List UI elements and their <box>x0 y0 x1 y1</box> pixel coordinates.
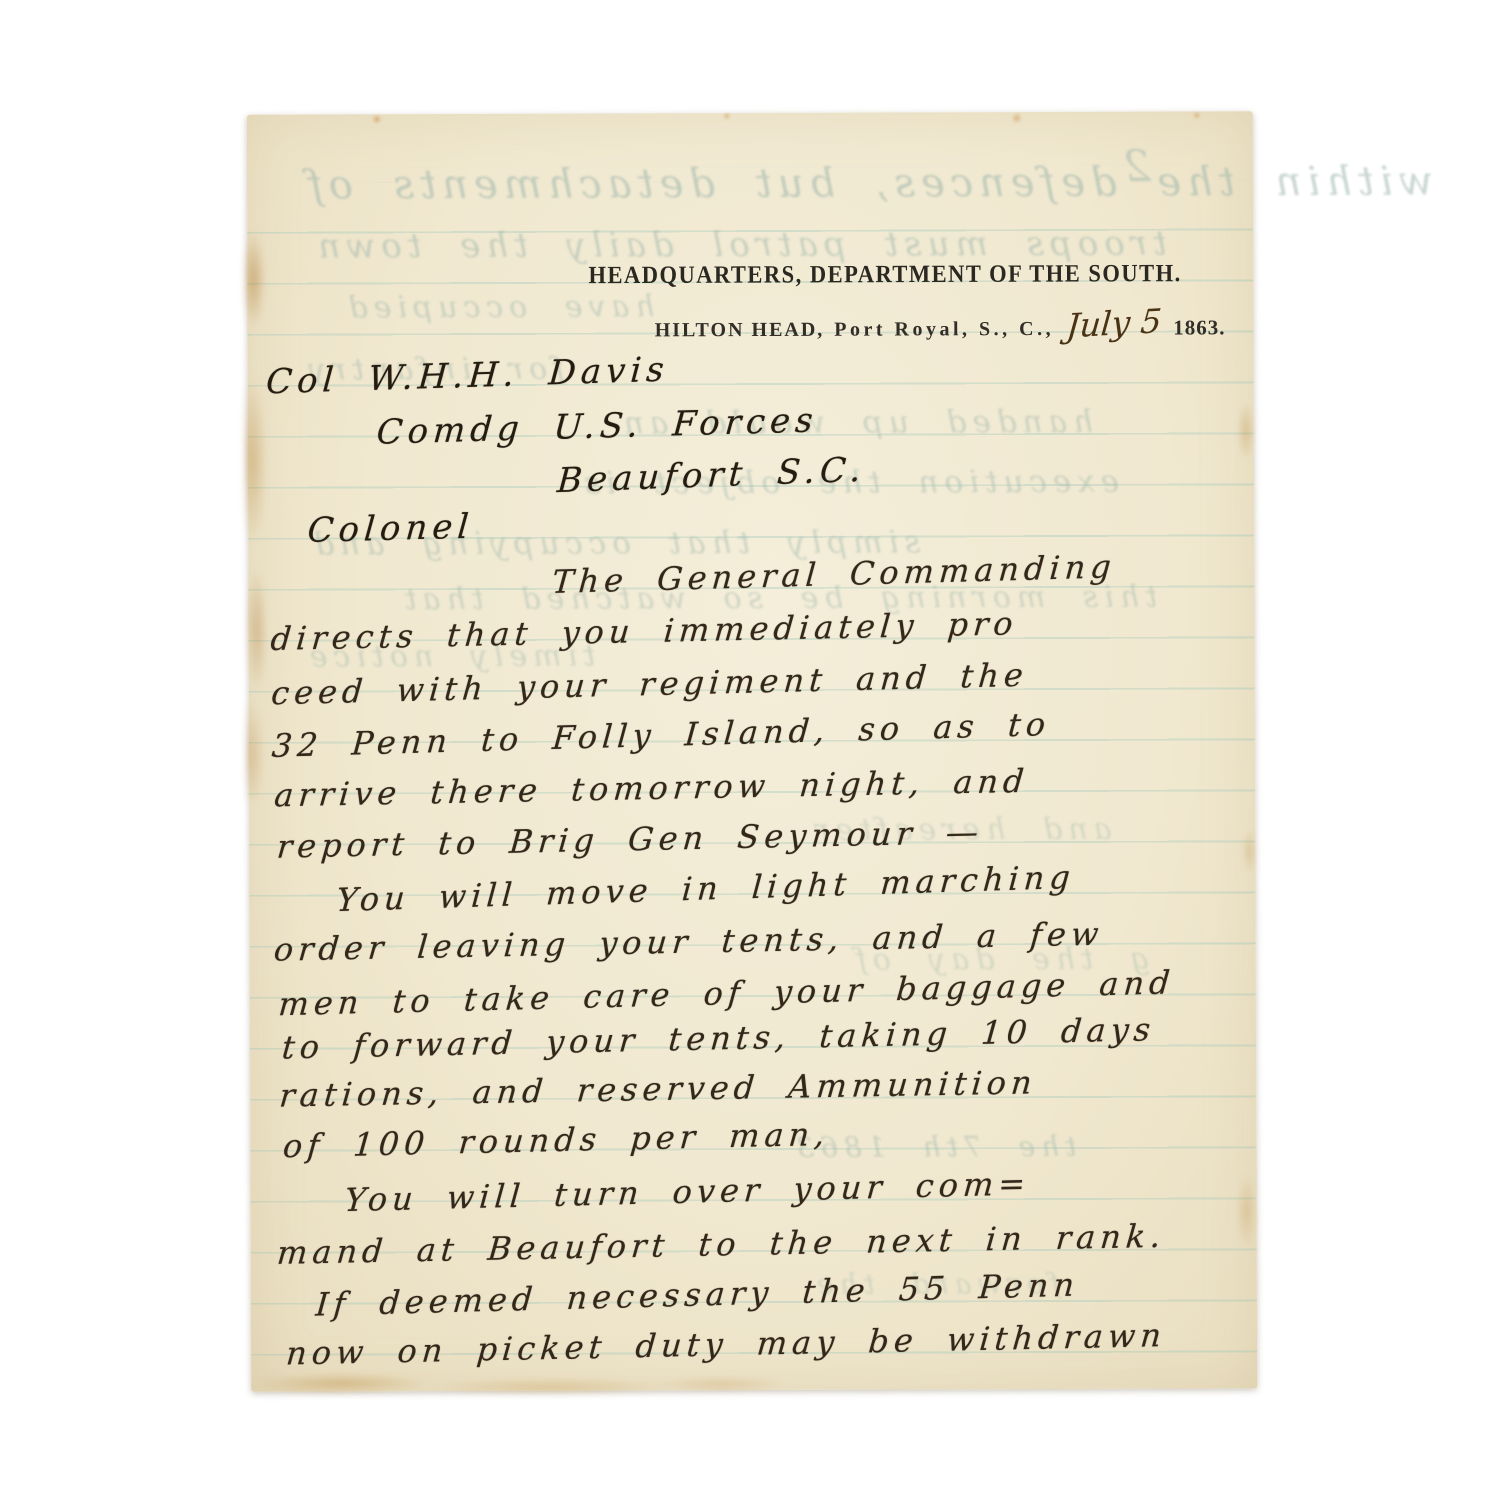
bleedthrough-line: within the defences, but detachments of <box>302 159 1433 209</box>
handwritten-date: July 5 <box>1065 301 1163 346</box>
handwriting-line: order leaving your tents, and a few <box>272 915 1105 969</box>
letterhead-title: HEADQUARTERS, DEPARTMENT OF THE SOUTH. <box>588 259 1181 289</box>
letterhead-dateline: HILTON HEAD, Port Royal, S., C., July 5 … <box>655 303 1226 344</box>
recipient-line: Col W.H.H. Davis <box>265 350 671 403</box>
bleedthrough-line: timely notice <box>304 639 596 675</box>
letter-page: within the defences, but detachments oft… <box>247 111 1257 1392</box>
photo-backdrop: within the defences, but detachments oft… <box>0 0 1500 1500</box>
handwriting-line: of 100 rounds per man, <box>282 1115 831 1165</box>
stain-left-edge <box>243 200 285 800</box>
handwriting-line: The General Commanding <box>551 547 1118 601</box>
stain-bottom-edge <box>251 1356 791 1398</box>
handwriting-line: directs that you immediately pro <box>269 604 1019 658</box>
stain-right-edge <box>1232 371 1261 1271</box>
bleedthrough-line: this morning be so watched that <box>398 580 1157 618</box>
handwriting-line: to forward your tents, taking 10 days <box>280 1010 1156 1066</box>
bleedthrough-line: simply that occupying and <box>308 524 920 562</box>
bleedthrough-line: forward the <box>811 1267 1060 1301</box>
handwriting-line: 32 Penn to Folly Island, so as to <box>271 705 1052 765</box>
bleedthrough-line: handed up would an <box>618 404 1093 442</box>
handwriting-line: men to take care of your baggage and <box>277 963 1176 1023</box>
recipient-line: Beaufort S.C. <box>556 450 867 501</box>
handwriting-line: If deemed necessary the 55 Penn <box>314 1266 1080 1324</box>
bleedthrough-line: and hereafter <box>809 812 1111 848</box>
bleedthrough-line: g the day of <box>850 942 1150 978</box>
bleedthrough-line: have occupied <box>342 289 654 325</box>
handwriting-line: ceed with your regiment and the <box>270 656 1030 713</box>
handwriting-line: mand at Beaufort to the next in rank. <box>276 1217 1168 1272</box>
handwriting-line: report to Brig Gen Seymour — <box>275 813 984 866</box>
stain-top-edge <box>247 108 1253 134</box>
salutation-line: Colonel <box>306 507 475 551</box>
letterhead-station: HILTON HEAD, <box>655 319 825 343</box>
handwritten-body: Col W.H.H. DavisComdg U.S. ForcesBeaufor… <box>242 108 1261 1395</box>
handwriting-line: rations, and reserved Ammunition <box>278 1063 1038 1114</box>
recipient-line: Comdg U.S. Forces <box>375 400 819 452</box>
letterhead-year: 1863. <box>1173 315 1225 340</box>
handwriting-line: You will move in light marching <box>335 858 1076 919</box>
bleedthrough-line: for infantry <box>303 352 565 388</box>
bleedthrough-line: execution the object is <box>578 464 1119 502</box>
bleedthrough-line: the 7th 1863 <box>790 1130 1076 1164</box>
letterhead-station-rest: Port Royal, S., C., <box>834 318 1054 342</box>
bleedthrough-line: 2 <box>1117 142 1151 193</box>
handwriting-line: You will turn over your com= <box>343 1164 1032 1219</box>
handwriting-line: now on picket duty may be withdrawn <box>285 1316 1168 1373</box>
ruled-lines <box>247 179 1257 1386</box>
handwriting-line: arrive there tomorrow night, and <box>273 762 1030 815</box>
